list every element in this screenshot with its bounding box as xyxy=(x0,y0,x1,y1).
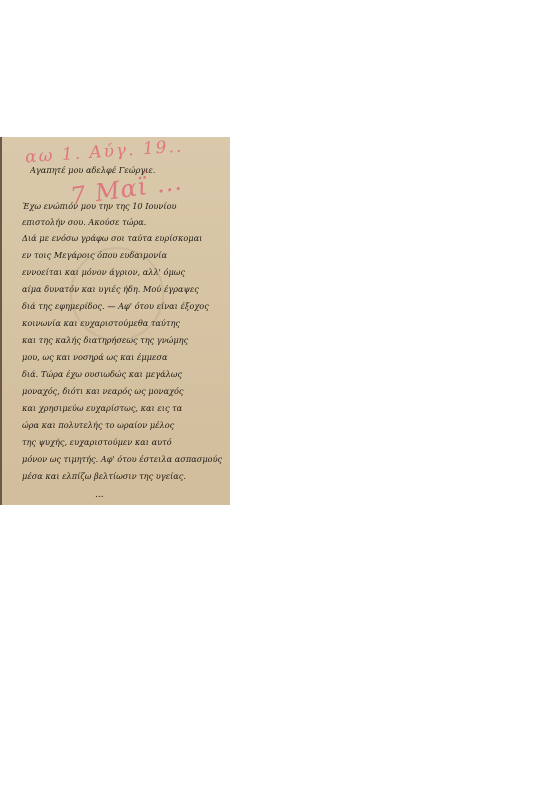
letter-line: μοναχός, διότι και νεαρός ως μοναχός xyxy=(22,386,227,396)
letter-line: διά. Τώρα έχω ουσιωδώς και μεγάλως xyxy=(22,369,227,379)
red-annotation-date: αω 1. Αύγ. 19.. xyxy=(24,136,183,167)
letter-paper: αω 1. Αύγ. 19.. 7 Μαΐ ... Αγαπητέ μου αδ… xyxy=(0,137,230,505)
letter-line: της ψυχής, ευχαριστούμεν και αυτό xyxy=(22,437,227,447)
letter-line: ώρα και πολυτελής το ωραίον μέλος xyxy=(22,420,227,430)
letter-line: και της καλής διατηρήσεως της γνώμης xyxy=(22,335,227,345)
letter-line: μόνον ως τιμητής. Αφ' ότου έστειλα ασπασ… xyxy=(22,454,227,464)
greeting: Αγαπητέ μου αδελφέ Γεώργιε. xyxy=(30,165,235,175)
letter-line: αίμα δυνατόν και υγιές ήδη. Μού έγραψες xyxy=(22,284,227,294)
letter-line: κοινωνία και ευχαριστούμεθα ταύτης xyxy=(22,318,227,328)
letter-line: επιστολήν σου. Ακούσε τώρα. xyxy=(22,217,227,227)
letter-line: εννοείται και μόνον άγριον, αλλ' όμως xyxy=(22,267,227,277)
letter-line: διά της εφημερίδος. — Αφ' ότου είναι έξο… xyxy=(22,301,227,311)
letter-line: Διά με ενόσω γράφω σοι ταύτα ευρίσκομαι xyxy=(22,233,227,243)
letter-line: και χρησιμεύω ευχαρίστως, και εις τα xyxy=(22,403,227,413)
letter-line: εν τοις Μεγάροις όπου ευδαιμονία xyxy=(22,250,227,260)
signature-mark: ... xyxy=(95,490,104,500)
letter-line: Έχω ενώπιόν μου την της 10 Ιουνίου xyxy=(22,201,227,211)
letter-line: μου, ως και νοσηρά ως και έμμεσα xyxy=(22,352,227,362)
letter-line: μέσα και ελπίζω βελτίωσιν της υγείας. xyxy=(22,471,227,481)
